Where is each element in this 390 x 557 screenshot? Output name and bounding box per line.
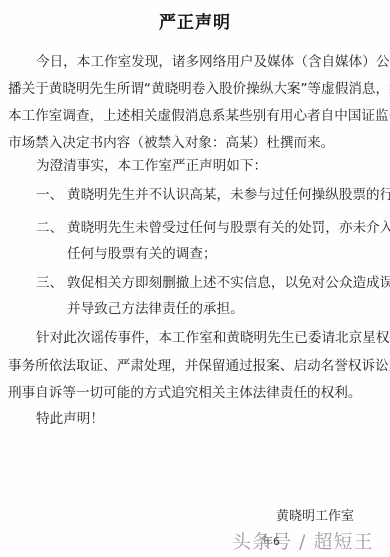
item-2-line-2: 任何与股票有关的调查； [67, 245, 217, 263]
watermark: 头条号 / 超短王 [232, 527, 373, 554]
item-3-line-1: 敦促相关方即刻删撤上述不实信息，以免对公众造成误导 [67, 274, 390, 292]
item-2-line-1: 黄晓明先生未曾受过任何与股票有关的处罚，亦未介入过 [67, 219, 390, 237]
closing-text: 特此声明！ [36, 410, 104, 428]
paragraph2-line-2: 事务所依法取证、严肃处理，并保留通过报案、启动名誉权诉讼乃至 [8, 357, 384, 375]
intro-text: 为澄清事实，本工作室严正声明如下： [36, 157, 267, 175]
item-3-marker: 三、 [36, 274, 63, 292]
statement-document: 严正声明 今日，本工作室发现，诸多网络用户及媒体（含自媒体）公开传 播关于黄晓明… [0, 0, 390, 557]
paragraph2-line-3: 刑事自诉等一切可能的方式追究相关主体法律责任的权利。 [8, 384, 384, 402]
paragraph1-line-3: 本工作室调查，上述相关虚假消息系某些别有用心者自中国证监会某 [8, 107, 384, 125]
item-3-line-2: 并导致己方法律责任的承担。 [67, 300, 244, 318]
item-1-line-1: 黄晓明先生并不认识高某，未参与过任何操纵股票的行为； [67, 186, 390, 204]
paragraph2-line-1: 针对此次谣传事件，本工作室和黄晓明先生已委请北京星权律师 [36, 329, 390, 347]
document-title: 严正声明 [0, 8, 390, 33]
paragraph1-line-2: 播关于黄晓明先生所谓“黄晓明卷入股价操纵大案”等虚假消息，经 [8, 80, 384, 98]
item-2-marker: 二、 [36, 219, 63, 237]
signature: 黄晓明工作室 [276, 505, 354, 524]
item-1-marker: 一、 [36, 186, 63, 204]
paragraph1-line-4: 市场禁入决定书内容（被禁入对象：高某）杜撰而来。 [8, 134, 384, 152]
paragraph1-line-1: 今日，本工作室发现，诸多网络用户及媒体（含自媒体）公开传 [36, 53, 390, 71]
